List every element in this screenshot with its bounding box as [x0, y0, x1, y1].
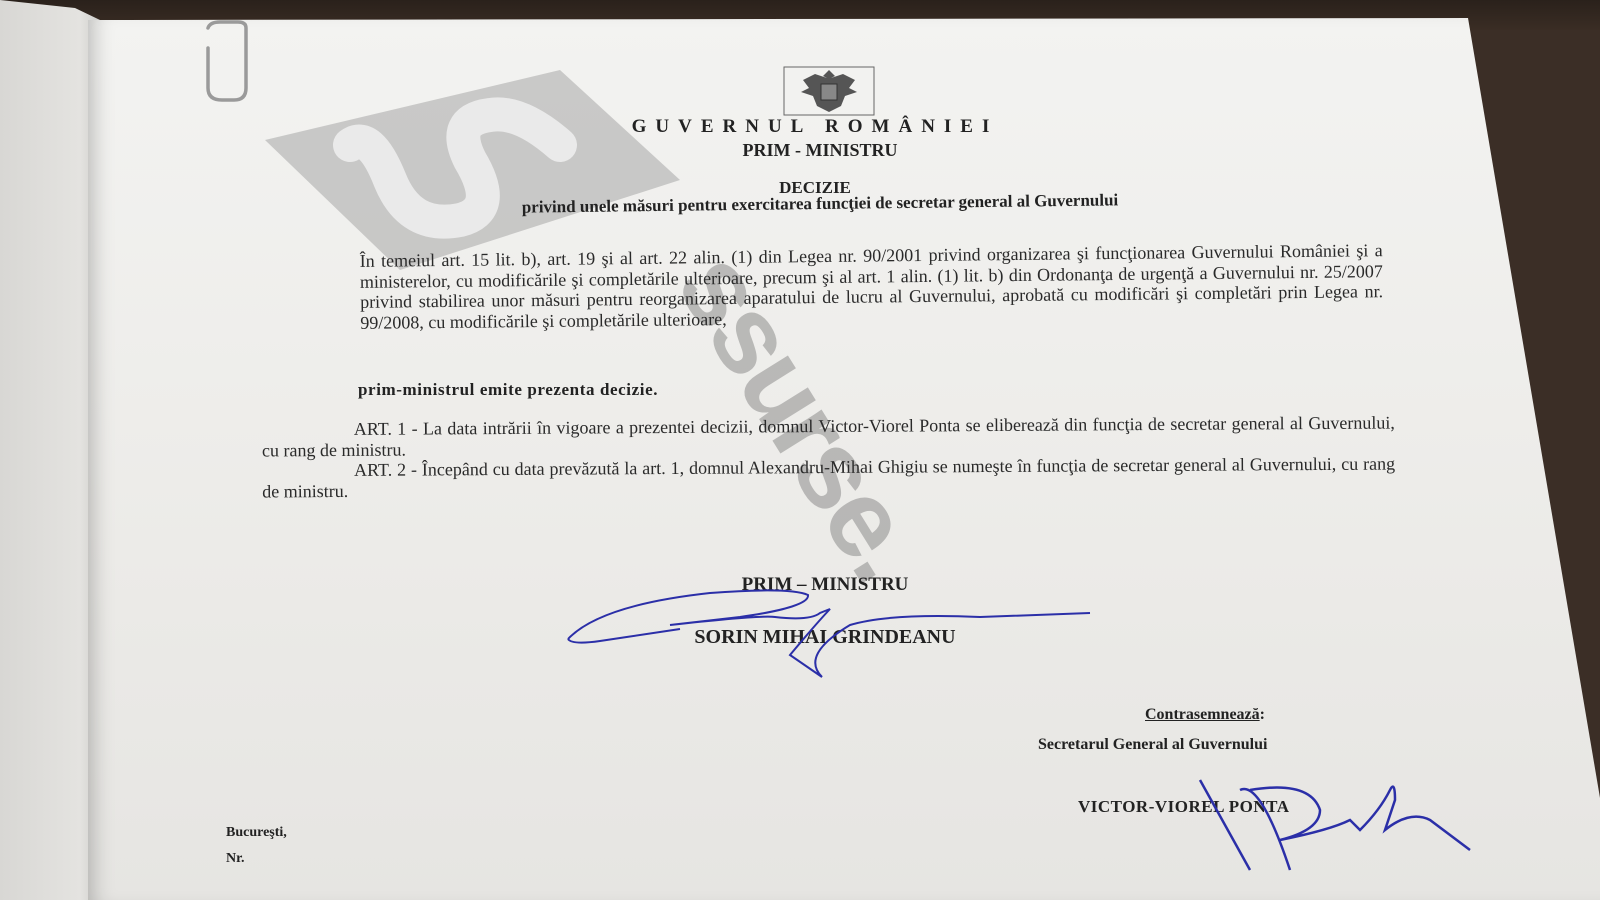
signature-prime-minister-icon — [560, 585, 1100, 685]
paperclip-icon — [200, 18, 252, 104]
romania-coat-of-arms-icon — [783, 66, 875, 116]
countersign-label-text: Contrasemnează — [1145, 706, 1260, 723]
preamble-text: În temeiul art. 15 lit. b), art. 19 şi a… — [268, 240, 1384, 334]
countersign-label: Contrasemnează: — [1145, 706, 1265, 724]
article-1: ART. 1 - La data intrării în vigoare a p… — [262, 413, 1395, 461]
previous-page-edge — [0, 0, 100, 900]
signature-secretary-general-icon — [1180, 770, 1510, 880]
office-heading: PRIM - MINISTRU — [640, 140, 1000, 161]
countersign-colon: : — [1260, 706, 1265, 723]
articles: ART. 1 - La data intrării în vigoare a p… — [262, 413, 1395, 502]
enacting-clause: prim-ministrul emite prezenta decizie. — [358, 380, 658, 400]
article-2: ART. 2 - Începând cu data prevăzută la a… — [262, 454, 1395, 502]
countersign-role: Secretarul General al Guvernului — [1038, 736, 1267, 754]
place-label: Bucureşti, — [226, 825, 287, 841]
institution-heading: GUVERNUL ROMÂNIEI — [560, 116, 1070, 138]
preamble-paragraph: În temeiul art. 15 lit. b), art. 19 şi a… — [268, 240, 1384, 334]
number-label: Nr. — [226, 851, 245, 867]
